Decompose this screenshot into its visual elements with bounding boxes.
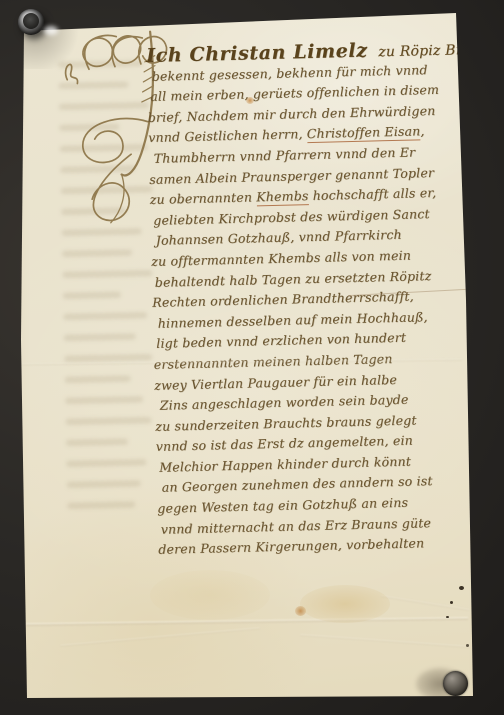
fold-crease [60,627,259,646]
showthrough-row [63,292,121,299]
fold-crease [26,617,468,626]
fold-crease [300,634,470,648]
showthrough-row [63,312,147,320]
showthrough-row [65,396,143,404]
showthrough-row [66,459,146,467]
manuscript-paper: Ich Christan Limelz zu Röpiz Bruchtsbeke… [0,0,504,715]
underlined-name: Khembs [256,188,309,206]
showthrough-row [67,501,135,508]
manuscript-text: Ich Christan Limelz zu Röpiz Bruchtsbeke… [146,38,480,561]
showthrough-row [65,376,131,383]
underlined-name: Christoffen Eisan [307,124,421,144]
foxing-stain [300,585,390,623]
ink-speck [450,601,453,604]
foxing-stain [150,570,270,620]
showthrough-row [62,249,132,256]
top-left-rivet [18,9,44,35]
showthrough-row [62,270,152,278]
showthrough-row [65,417,151,425]
foxing-stain [246,97,254,104]
bottom-right-rivet [443,671,468,696]
fold-crease [380,595,469,611]
ink-speck [446,616,449,618]
rivet-glint [44,26,58,35]
showthrough-row [67,480,141,488]
ink-speck [459,586,464,590]
showthrough-row [66,439,128,446]
showthrough-row [64,354,152,362]
photo-stage: Ich Christan Limelz zu Röpiz Bruchtsbeke… [0,0,504,715]
ink-speck [466,644,469,647]
showthrough-row [64,333,136,341]
